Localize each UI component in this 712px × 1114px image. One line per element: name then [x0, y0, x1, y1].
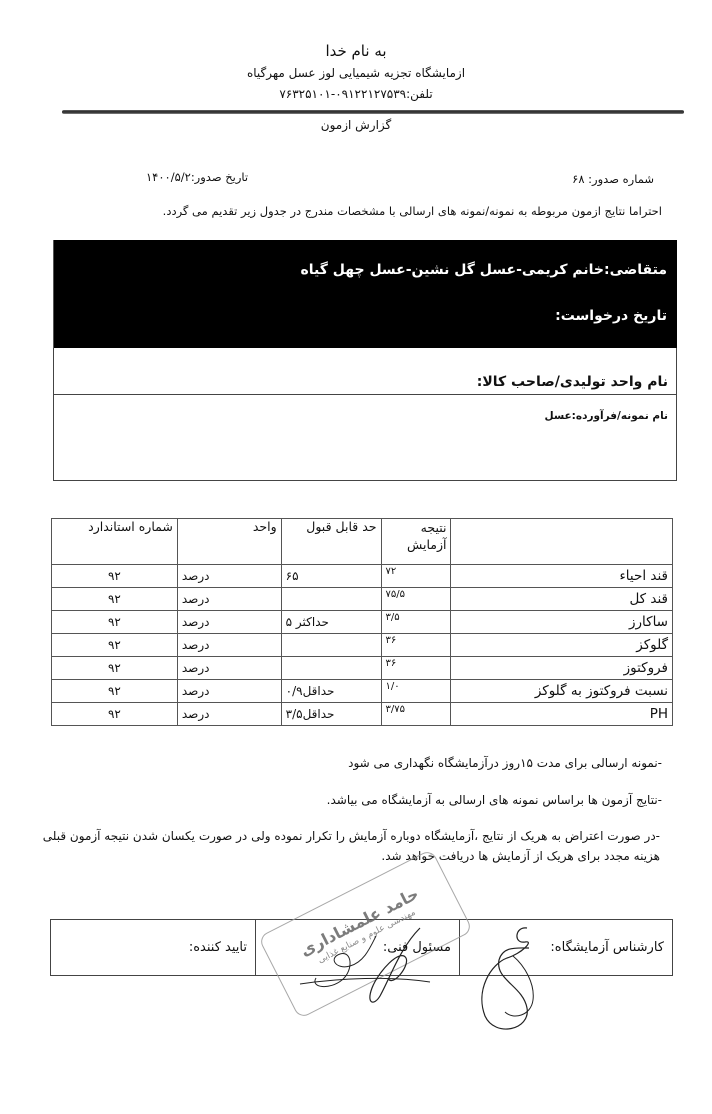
test-unit: درصد — [177, 680, 281, 703]
test-standard: ۹۲ — [52, 611, 178, 634]
table-row: گلوکز ۳۶ درصد ۹۲ — [52, 634, 673, 657]
test-limit — [281, 588, 381, 611]
header-unit: واحد — [177, 519, 281, 565]
test-unit: درصد — [177, 703, 281, 726]
test-limit: حداقل۰/۹ — [281, 680, 381, 703]
test-name: فروکتوز — [451, 657, 673, 680]
table-row: قند کل ۷۵/۵ درصد ۹۲ — [52, 588, 673, 611]
test-standard: ۹۲ — [52, 588, 178, 611]
test-result: ۳/۷۵ — [381, 703, 451, 726]
lab-expert-label: کارشناس آزمایشگاه: — [550, 940, 664, 955]
producer-box: نام واحد تولیدی/صاحب کالا: — [53, 348, 677, 395]
test-standard: ۹۲ — [52, 703, 178, 726]
test-standard: ۹۲ — [52, 634, 178, 657]
approver-label: تایید کننده: — [189, 940, 247, 955]
test-unit: درصد — [177, 657, 281, 680]
signature-approver: تایید کننده: — [51, 920, 255, 975]
note-basis: -نتایج آزمون ها براساس نمونه های ارسالی … — [327, 793, 662, 807]
test-result: ۳/۵ — [381, 611, 451, 634]
test-result: ۳۶ — [381, 634, 451, 657]
table-row: قند احیاء ۷۲ ۶۵ درصد ۹۲ — [52, 565, 673, 588]
test-result: ۷۵/۵ — [381, 588, 451, 611]
lab-name: ازمایشگاه تجزیه شیمیایی لوز عسل مهرگیاه — [0, 66, 712, 80]
request-date-field: تاریخ درخواست: — [555, 308, 667, 324]
test-name: نسبت فروکتوز به گلوکز — [451, 680, 673, 703]
test-name: PH — [451, 703, 673, 726]
test-limit — [281, 657, 381, 680]
test-standard: ۹۲ — [52, 680, 178, 703]
issue-date: تاریخ صدور:۱۴۰۰/۵/۲ — [146, 170, 248, 184]
table-row: نسبت فروکتوز به گلوکز ۱/۰ حداقل۰/۹ درصد … — [52, 680, 673, 703]
test-standard: ۹۲ — [52, 565, 178, 588]
table-row: PH ۳/۷۵ حداقل۳/۵ درصد ۹۲ — [52, 703, 673, 726]
table-row: فروکتوز ۳۶ درصد ۹۲ — [52, 657, 673, 680]
test-result: ۷۲ — [381, 565, 451, 588]
intro-text: احتراما نتایج ازمون مربوطه به نمونه/نمون… — [163, 204, 662, 218]
header-result: نتیجه آزمایش — [381, 519, 451, 565]
header-standard: شماره استاندارد — [52, 519, 178, 565]
test-limit: حداقل۳/۵ — [281, 703, 381, 726]
issue-number: شماره صدور: ۶۸ — [572, 172, 654, 186]
header-divider — [62, 110, 684, 114]
official-stamp: حامد علمشاداری مهندسی علوم و صنایع غذایی — [258, 849, 474, 1020]
note-retention: -نمونه ارسالی برای مدت ۱۵روز درآزمایشگاه… — [348, 756, 662, 770]
applicant-block: متقاضی:خانم کریمی-عسل گل نشین-عسل چهل گی… — [53, 240, 677, 348]
test-unit: درصد — [177, 634, 281, 657]
test-standard: ۹۲ — [52, 657, 178, 680]
header-limit: حد قابل قبول — [281, 519, 381, 565]
applicant-field: متقاضی:خانم کریمی-عسل گل نشین-عسل چهل گی… — [300, 262, 667, 278]
header-test-name — [451, 519, 673, 565]
test-result: ۳۶ — [381, 657, 451, 680]
table-row: ساکارز ۳/۵ حداکثر ۵ درصد ۹۲ — [52, 611, 673, 634]
test-name: قند کل — [451, 588, 673, 611]
test-unit: درصد — [177, 588, 281, 611]
test-unit: درصد — [177, 565, 281, 588]
bismillah-heading: به نام خدا — [0, 42, 712, 60]
report-title: گزارش ازمون — [0, 118, 712, 132]
signature-lab-expert: کارشناس آزمایشگاه: — [459, 920, 672, 975]
note-objection: -در صورت اعتراض به هریک از نتایج ،آزمایش… — [20, 826, 660, 866]
test-limit — [281, 634, 381, 657]
results-table: نتیجه آزمایش حد قابل قبول واحد شماره است… — [51, 518, 673, 726]
producer-field: نام واحد تولیدی/صاحب کالا: — [477, 374, 668, 390]
test-name: قند احیاء — [451, 565, 673, 588]
sample-box: نام نمونه/فرآورده:عسل — [53, 395, 677, 481]
lab-phone: تلفن:۰۹۱۲۲۱۲۷۵۳۹-۷۶۳۲۵۱۰۱ — [0, 87, 712, 101]
test-limit: حداکثر ۵ — [281, 611, 381, 634]
results-header-row: نتیجه آزمایش حد قابل قبول واحد شماره است… — [52, 519, 673, 565]
test-result: ۱/۰ — [381, 680, 451, 703]
test-unit: درصد — [177, 611, 281, 634]
test-name: گلوکز — [451, 634, 673, 657]
sample-name-field: نام نمونه/فرآورده:عسل — [544, 410, 668, 422]
test-name: ساکارز — [451, 611, 673, 634]
test-limit: ۶۵ — [281, 565, 381, 588]
